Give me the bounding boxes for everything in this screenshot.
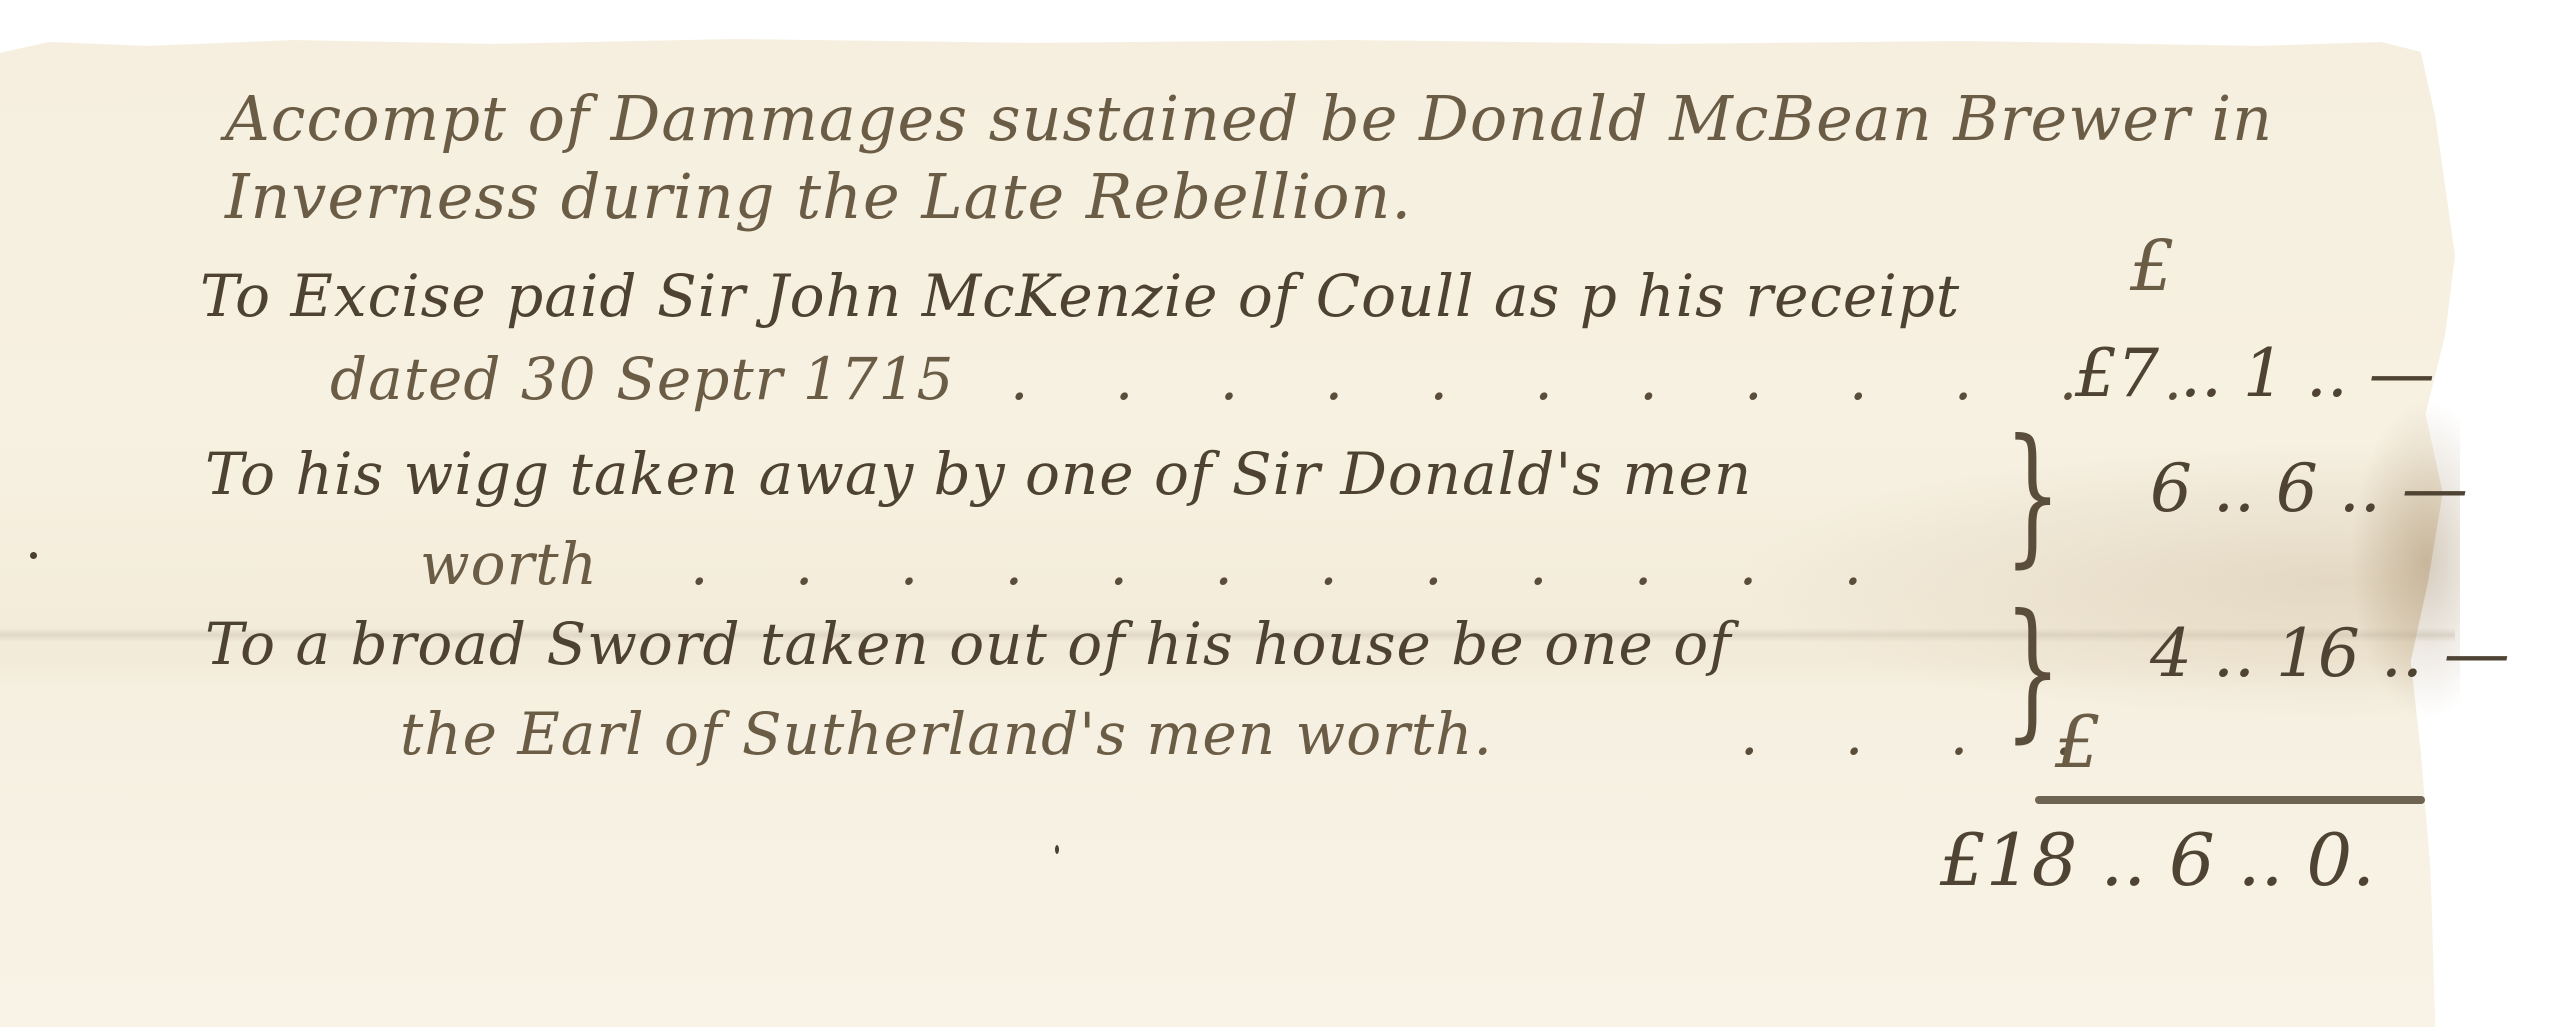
total-rule-line <box>2035 796 2425 804</box>
item-1-currency-mark: £ <box>2130 225 2176 307</box>
heading-line-1: Accompt of Dammages sustained be Donald … <box>225 82 2273 155</box>
ink-speck <box>1055 845 1059 854</box>
item-3-amount: 4 .. 16 .. — <box>2150 615 2510 692</box>
item-1-leader-dots: . . . . . . . . . . . . <box>1010 345 2216 413</box>
item-3-brace: } <box>2004 595 2061 745</box>
item-2-description: To his wigg taken away by one of Sir Don… <box>205 440 1752 508</box>
item-3-description: To a broad Sword taken out of his house … <box>205 610 1732 678</box>
item-1-amount: £7 .. 1 .. — <box>2075 335 2435 412</box>
total-currency-mark: £ <box>2055 700 2102 784</box>
heading-line-2: Inverness during the Late Rebellion. <box>225 160 1412 233</box>
total-amount: £18 .. 6 .. 0. <box>1940 818 2375 902</box>
item-2-leader-dots: . . . . . . . . . . . . <box>690 530 1896 598</box>
item-2-brace: } <box>2004 420 2061 570</box>
ink-speck <box>30 552 37 559</box>
item-1-date-line: dated 30 Septr 1715 <box>330 345 954 413</box>
item-1-description: To Excise paid Sir John McKenzie of Coul… <box>200 262 1960 330</box>
item-3-continuation: the Earl of Sutherland's men worth. <box>400 700 1493 768</box>
item-2-amount: 6 .. 6 .. — <box>2150 450 2468 527</box>
item-2-worth: worth <box>420 530 598 598</box>
